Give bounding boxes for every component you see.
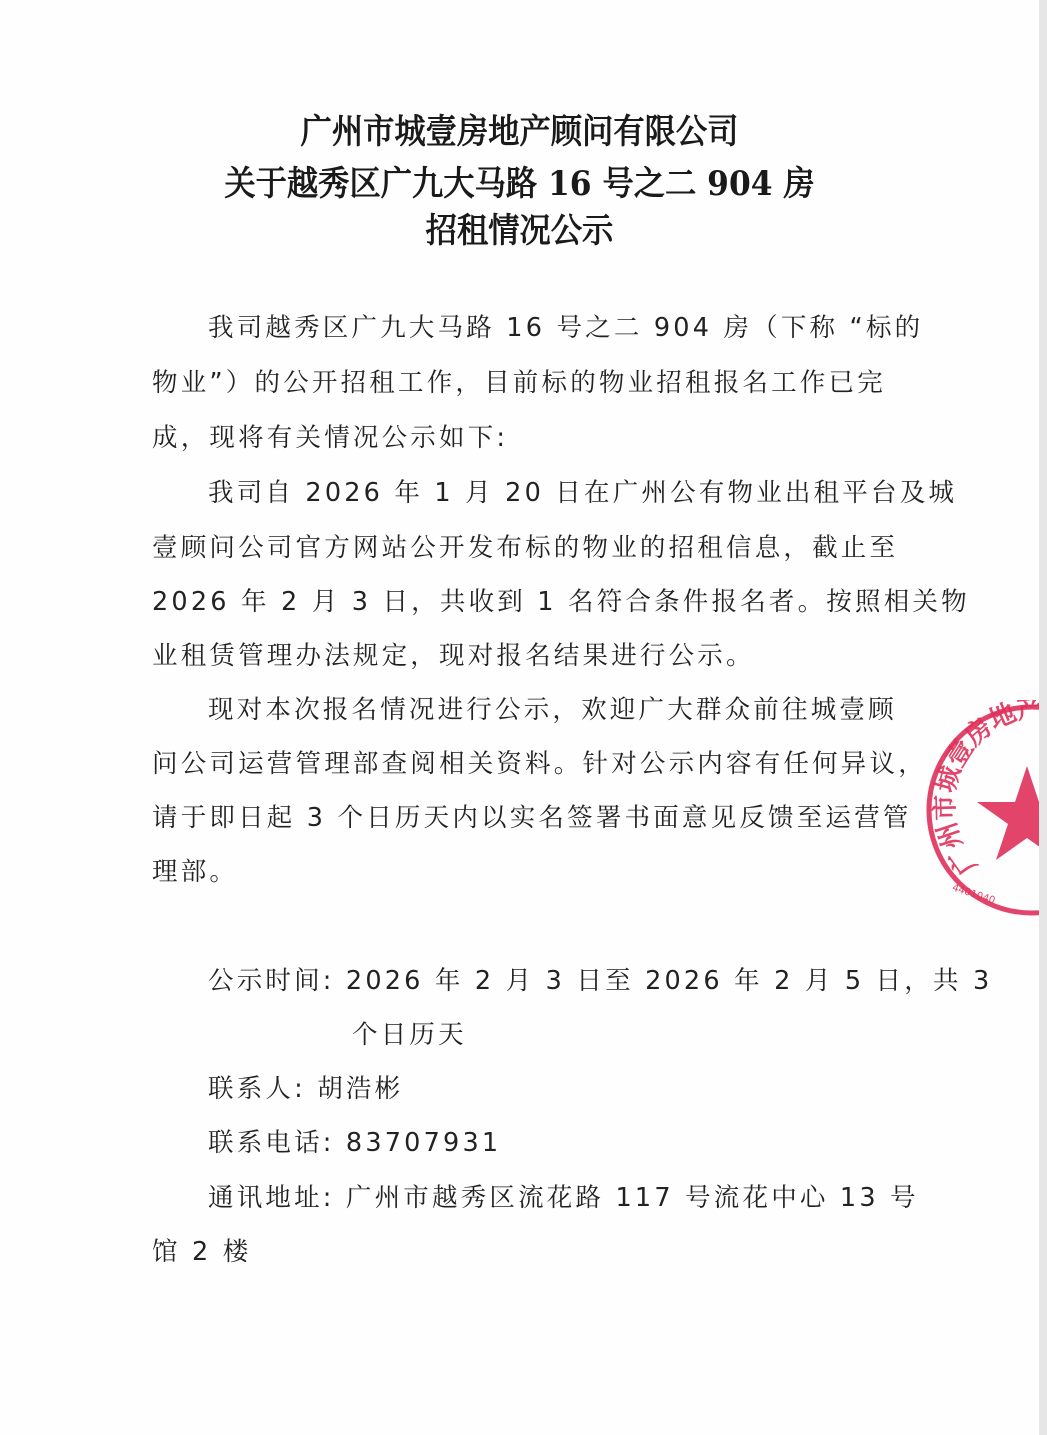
- mailing-address-label: 通讯地址:: [208, 1183, 335, 1213]
- mailing-address-cont: 馆 2 楼: [152, 1237, 251, 1267]
- title-line-2: 关于越秀区广九大马路 16 号之二 904 房: [42, 156, 998, 205]
- contact-phone-value: 83707931: [346, 1128, 501, 1158]
- paragraph-2-line: 2026 年 2 月 3 日，共收到 1 名符合条件报名者。按照相关物: [152, 587, 970, 617]
- mailing-address-value: 广州市越秀区流花路 117 号流花中心 13 号: [346, 1183, 919, 1213]
- publicity-period-label: 公示时间:: [208, 966, 335, 996]
- paragraph-1-line: 物业”）的公开招租工作，目前标的物业招租报名工作已完: [152, 368, 886, 398]
- paragraph-2-line: 业租赁管理办法规定，现对报名结果进行公示。: [152, 641, 755, 671]
- title-line-1: 广州市城壹房地产顾问有限公司: [42, 104, 998, 153]
- contact-phone: 联系电话: 83707931: [208, 1128, 501, 1158]
- publicity-period: 公示时间: 2026 年 2 月 3 日至 2026 年 2 月 5 日，共 3: [208, 966, 992, 996]
- document-page: 广州市城壹房地产顾问有限公司 关于越秀区广九大马路 16 号之二 904 房 招…: [0, 0, 1039, 1435]
- contact-person: 联系人: 胡浩彬: [208, 1074, 403, 1104]
- publicity-period-value: 2026 年 2 月 3 日至 2026 年 2 月 5 日，共 3: [346, 966, 992, 996]
- contact-person-label: 联系人:: [208, 1074, 306, 1104]
- paragraph-2-line: 我司自 2026 年 1 月 20 日在广州公有物业出租平台及城: [208, 478, 957, 508]
- publicity-period-cont: 个日历天: [352, 1020, 467, 1050]
- paragraph-1-line: 成，现将有关情况公示如下:: [152, 423, 508, 453]
- paragraph-3-line: 理部。: [152, 857, 238, 887]
- mailing-address: 通讯地址: 广州市越秀区流花路 117 号流花中心 13 号: [208, 1183, 919, 1213]
- paragraph-2-line: 壹顾问公司官方网站公开发布标的物业的招租信息，截止至: [152, 533, 898, 563]
- paragraph-3-line: 问公司运营管理部查阅相关资料。针对公示内容有任何异议，: [152, 749, 927, 779]
- title-line-3: 招租情况公示: [42, 203, 998, 252]
- seal-code: 4401040: [951, 883, 997, 907]
- contact-phone-label: 联系电话:: [208, 1128, 335, 1158]
- contact-person-value: 胡浩彬: [317, 1074, 403, 1104]
- official-seal-icon: 广州市城壹房地产 4401040: [922, 700, 1039, 920]
- paragraph-1-line: 我司越秀区广九大马路 16 号之二 904 房（下称 “标的: [208, 313, 923, 343]
- paragraph-3-line: 请于即日起 3 个日历天内以实名签署书面意见反馈至运营管: [152, 803, 912, 833]
- paragraph-3-line: 现对本次报名情况进行公示，欢迎广大群众前往城壹顾: [208, 695, 897, 725]
